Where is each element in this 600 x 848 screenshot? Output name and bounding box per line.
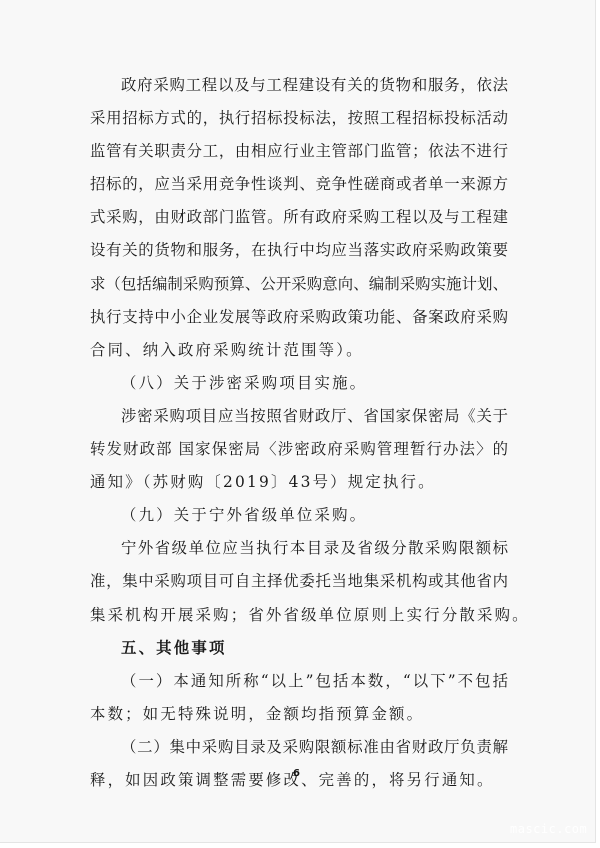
text-line: 招标的，应当采用竞争性谈判、竞争性磋商或者单一来源方 (90, 168, 508, 201)
page-content: 政府采购工程以及与工程建设有关的货物和服务，依法 采用招标方式的，执行招标投标法… (90, 69, 508, 797)
text-line: 采用招标方式的，执行招标投标法，按照工程招标投标活动 (90, 102, 508, 135)
text-line: 集采机构开展采购；省外省级单位原则上实行分散采购。 (90, 599, 508, 632)
text-line: 本数；如无特殊说明，金额均指预算金额。 (90, 698, 508, 731)
paragraph-item-2: （二）集中采购目录及采购限额标准由省财政厅负责解 释，如因政策调整需要修改、完善… (90, 731, 508, 797)
paragraph-outside-nanjing-units: 宁外省级单位应当执行本目录及省级分散采购限额标 准，集中采购项目可自主择优委托当… (90, 532, 508, 631)
subheading-classified-procurement: （八）关于涉密采购项目实施。 (90, 367, 508, 400)
text-line: 设有关的货物和服务，在执行中均应当落实政府采购政策要 (90, 234, 508, 267)
text-line: 监管有关职责分工，由相应行业主管部门监管；依法不进行 (90, 135, 508, 168)
text-line: 宁外省级单位应当执行本目录及省级分散采购限额标 (90, 532, 508, 565)
document-page: 政府采购工程以及与工程建设有关的货物和服务，依法 采用招标方式的，执行招标投标法… (0, 0, 596, 843)
text-line: 转发财政部 国家保密局〈涉密政府采购管理暂行办法〉的 (90, 433, 508, 466)
paragraph-item-1: （一）本通知所称“以上”包括本数，“以下”不包括 本数；如无特殊说明，金额均指预… (90, 665, 508, 731)
text-line: 涉密采购项目应当按照省财政厅、省国家保密局《关于 (90, 400, 508, 433)
paragraph-engineering-procurement: 政府采购工程以及与工程建设有关的货物和服务，依法 采用招标方式的，执行招标投标法… (90, 69, 508, 367)
watermark: mascic.com (510, 822, 587, 836)
text-line: 求（包括编制采购预算、公开采购意向、编制采购实施计划、 (90, 268, 508, 301)
text-line: 政府采购工程以及与工程建设有关的货物和服务，依法 (90, 69, 508, 102)
page-number: 6 (293, 768, 300, 779)
text-line: （一）本通知所称“以上”包括本数，“以下”不包括 (90, 665, 508, 698)
paragraph-classified-procurement: 涉密采购项目应当按照省财政厅、省国家保密局《关于 转发财政部 国家保密局〈涉密政… (90, 400, 508, 499)
text-line: 合同、纳入政府采购统计范围等）。 (90, 334, 508, 367)
subheading-outside-nanjing-units: （九）关于宁外省级单位采购。 (90, 499, 508, 532)
text-line: 准，集中采购项目可自主择优委托当地集采机构或其他省内 (90, 565, 508, 598)
text-line: 通知》（苏财购〔2019〕43号）规定执行。 (90, 466, 508, 499)
section-heading-other-matters: 五、其他事项 (90, 632, 508, 665)
text-line: （二）集中采购目录及采购限额标准由省财政厅负责解 (90, 731, 508, 764)
text-line: 式采购，由财政部门监管。所有政府采购工程以及与工程建 (90, 201, 508, 234)
text-line: 执行支持中小企业发展等政府采购政策功能、备案政府采购 (90, 301, 508, 334)
